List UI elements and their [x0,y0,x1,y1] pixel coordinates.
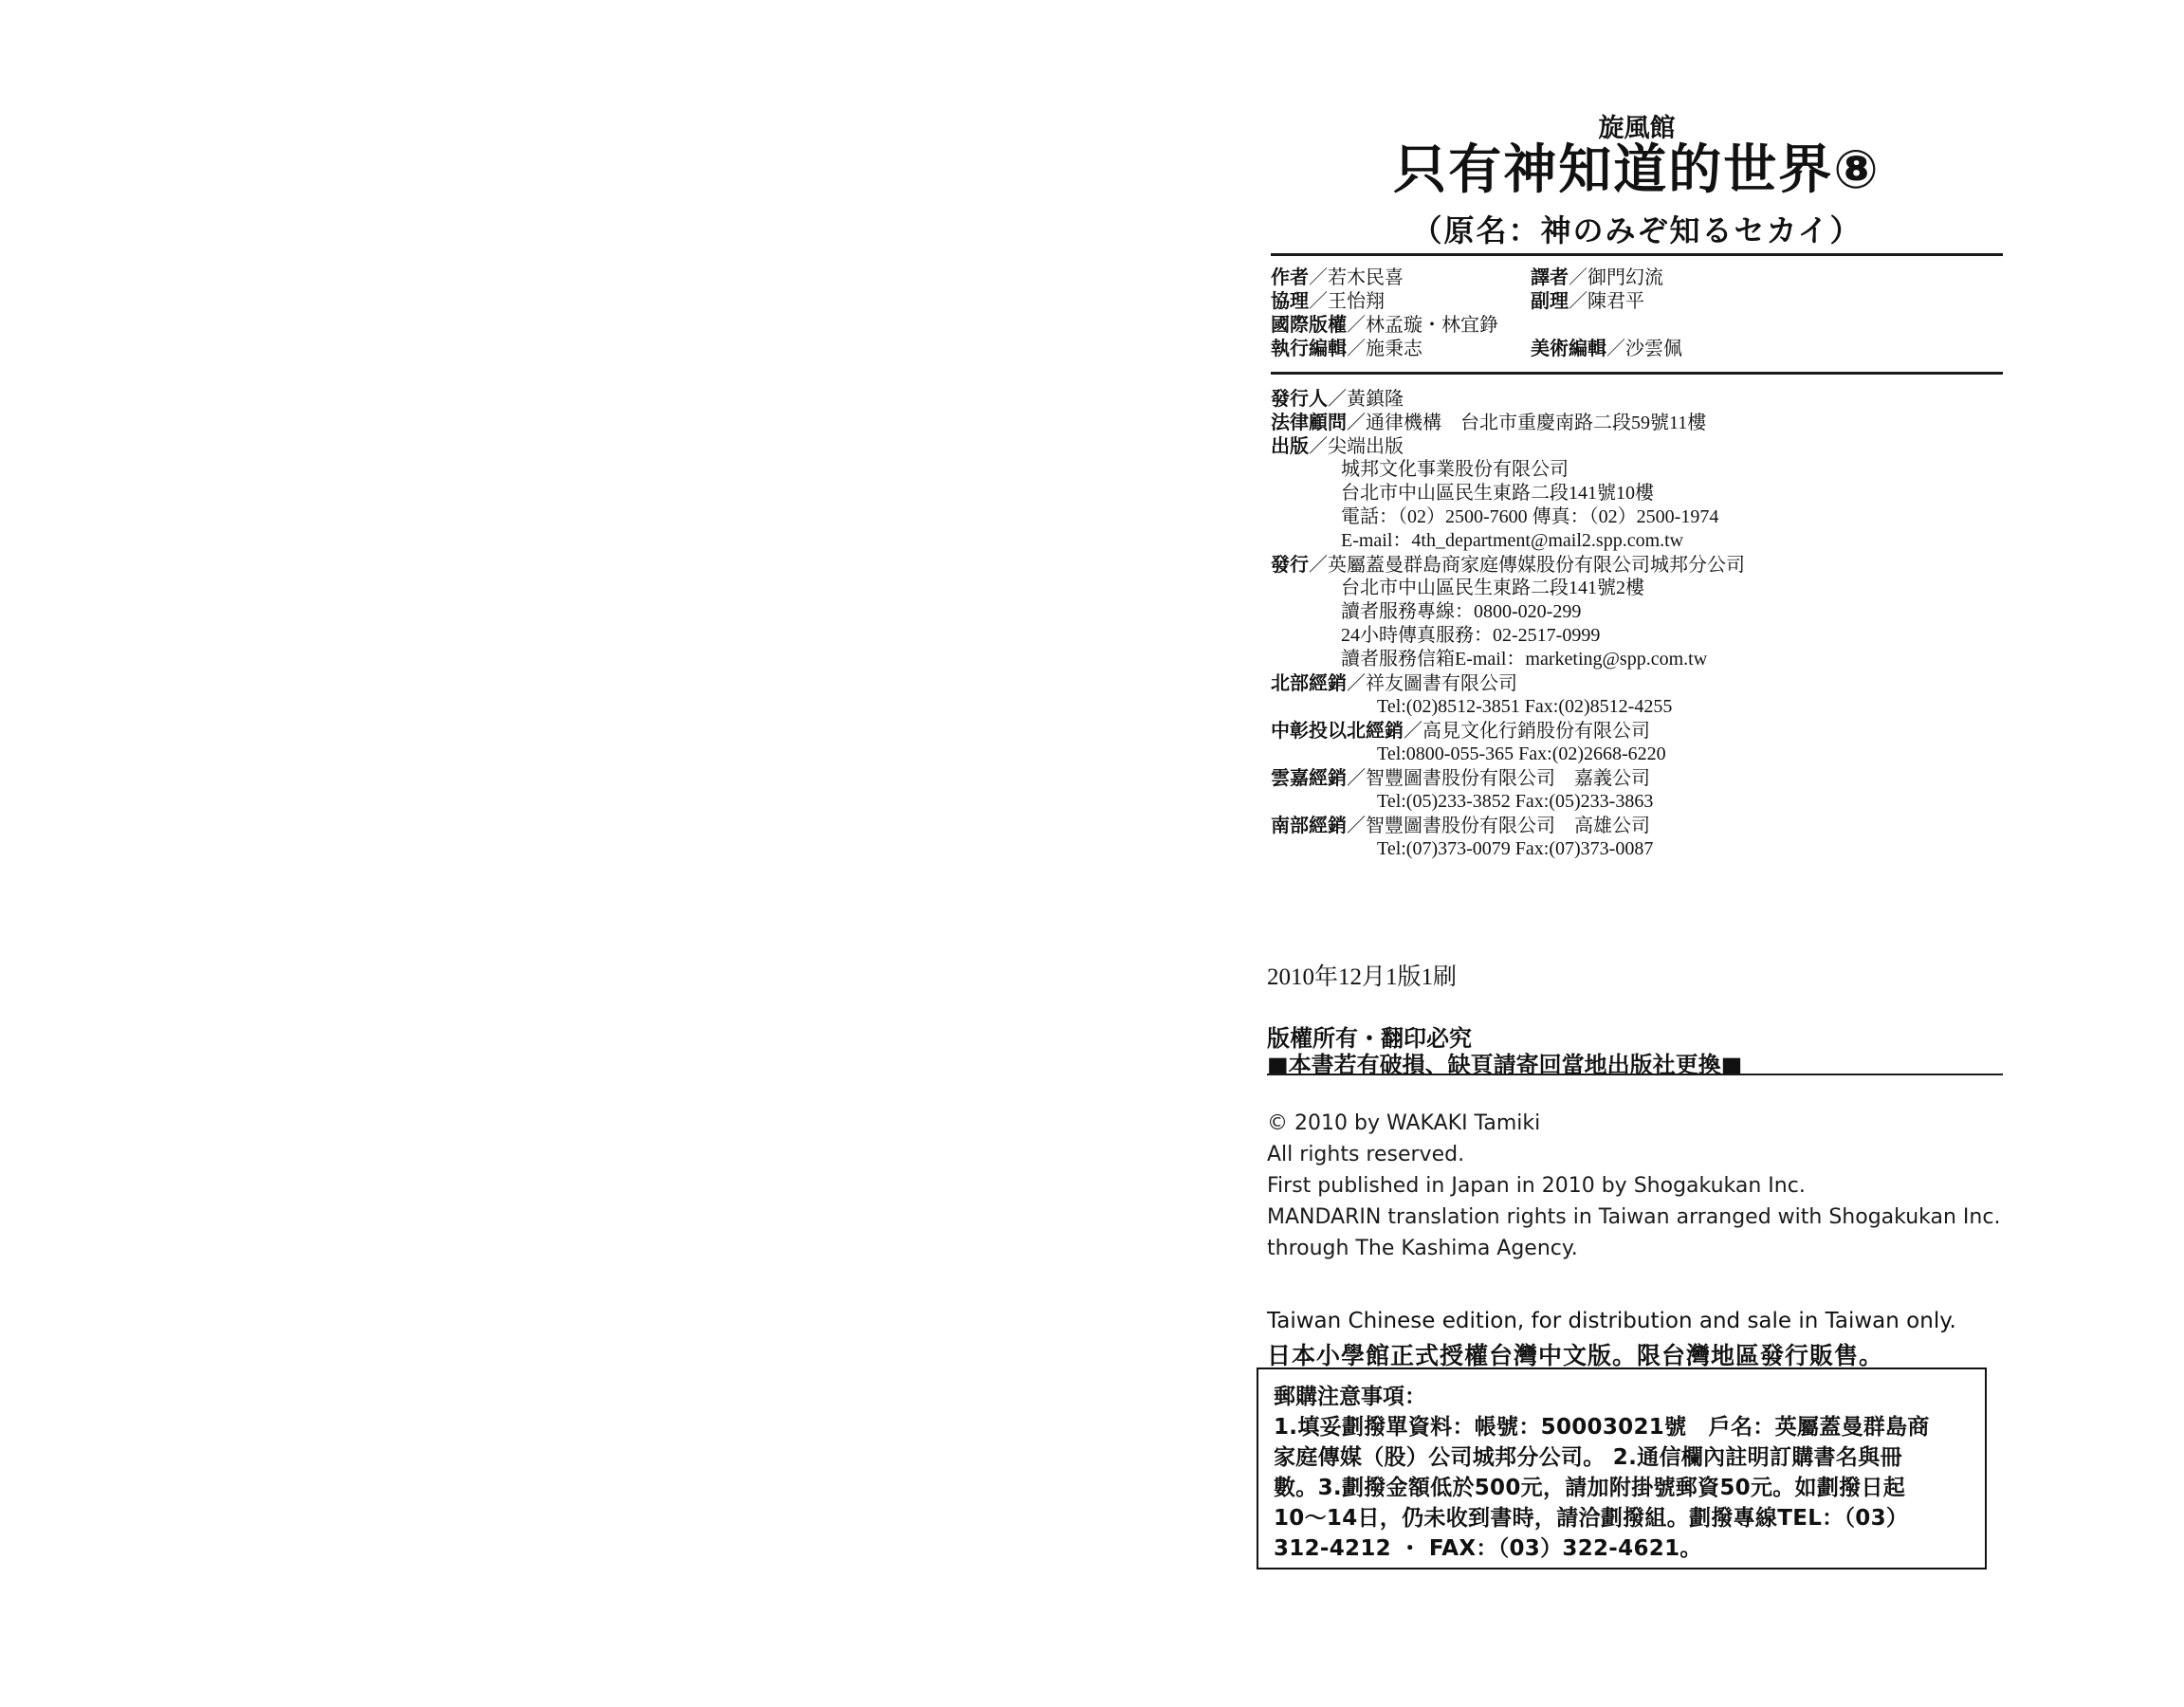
credit-role: 作者 [1271,266,1309,288]
mail-order-line: 數。3.劃撥金額低於500元，請加附掛號郵資50元。如劃撥日起 [1274,1470,1905,1501]
dealer-central-contact: Tel:0800-055-365 Fax:(02)2668-6220 [1377,743,1666,766]
publisher-company: 城邦文化事業股份有限公司 [1341,458,1569,482]
reader-service-hotline: 讀者服務專線：0800-020-299 [1341,600,1581,624]
translation-rights-line: MANDARIN translation rights in Taiwan ar… [1267,1205,2000,1229]
dealer-south-contact: Tel:(07)373-0079 Fax:(07)373-0087 [1377,837,1653,861]
dealer-north: 北部經銷／祥友圖書有限公司 [1271,671,1517,696]
credit-deputy-manager: 副理／陳君平 [1531,289,1644,313]
dealer-north-contact: Tel:(02)8512-3851 Fax:(02)8512-4255 [1377,695,1672,719]
publisher-line: 出版／尖端出版 [1271,434,1404,459]
credit-associate-manager: 協理／王怡翔 [1271,289,1385,313]
issuer-line: 發行人／黃鎮隆 [1271,387,1404,412]
legal-counsel-line: 法律顧問／通律機構 台北市重慶南路二段59號11樓 [1271,411,1706,435]
print-edition-date: 2010年12月1版1刷 [1267,958,1457,992]
book-title: 只有神知道的世界⑧ [1271,140,2003,201]
all-rights-line: All rights reserved. [1267,1143,1464,1166]
dealer-south: 南部經銷／智豐圖書股份有限公司 高雄公司 [1271,814,1650,838]
distributor-address: 台北市中山區民生東路二段141號2樓 [1341,577,1644,600]
dealer-yunjia: 雲嘉經銷／智豐圖書股份有限公司 嘉義公司 [1271,766,1650,791]
taiwan-edition-chinese: 日本小學館正式授權台灣中文版。限台灣地區發行販售。 [1267,1337,1883,1371]
fax-service: 24小時傳真服務：02-2517-0999 [1341,624,1600,648]
dealer-yunjia-contact: Tel:(05)233-3852 Fax:(05)233-3863 [1377,790,1653,814]
copyright-line: © 2010 by WAKAKI Tamiki [1267,1111,1540,1135]
mail-order-title: 郵購注意事項： [1274,1379,1426,1410]
reader-service-email: 讀者服務信箱E-mail：marketing@spp.com.tw [1341,648,1707,671]
dealer-central: 中彰投以北經銷／高見文化行銷股份有限公司 [1271,719,1650,743]
book-spread: 旋風館 只有神知道的世界⑧ （原名：神のみぞ知るセカイ） 作者／若木民喜 譯者／… [0,0,2184,1707]
taiwan-edition-english: Taiwan Chinese edition, for distribution… [1267,1309,1956,1333]
first-published-line: First published in Japan in 2010 by Shog… [1267,1174,1806,1198]
divider-rule-2 [1271,372,2003,375]
distributor-line: 發行／英屬蓋曼群島商家庭傳媒股份有限公司城邦分公司 [1271,553,1745,578]
publisher-phone-fax: 電話：（02）2500-7600 傳真：（02）2500-1974 [1341,505,1718,529]
agency-line: through The Kashima Agency. [1267,1237,1578,1260]
mail-order-line: 10～14日，仍未收到書時，請洽劃撥組。劃撥專線TEL：（03） [1274,1500,1908,1532]
mail-order-line: 312-4212 ・ FAX：（03）322-4621。 [1274,1531,1702,1562]
credit-name: 若木民喜 [1328,267,1404,288]
divider-rule-3 [1267,1074,2003,1075]
mail-order-line: 家庭傳媒（股）公司城邦分公司。 2.通信欄內註明訂購書名與冊 [1274,1440,1902,1471]
original-title: （原名：神のみぞ知るセカイ） [1271,207,2003,250]
mail-order-line: 1.填妥劃撥單資料：帳號：50003021號 戶名：英屬蓋曼群島商 [1274,1409,1930,1441]
mail-order-notice-box: 郵購注意事項： 1.填妥劃撥單資料：帳號：50003021號 戶名：英屬蓋曼群島… [1257,1367,1987,1569]
credit-international-rights: 國際版權／林孟璇・林宜錚 [1271,313,1498,337]
publisher-email: E-mail：4th_department@mail2.spp.com.tw [1341,529,1683,553]
publisher-address: 台北市中山區民生東路二段141號10樓 [1341,482,1654,505]
divider-rule-1 [1271,253,2003,256]
left-page-blank [0,0,1092,1707]
credit-art-editor: 美術編輯／沙雲佩 [1531,337,1682,360]
credit-author: 作者／若木民喜 [1271,266,1404,289]
credit-executive-editor: 執行編輯／施秉志 [1271,337,1422,360]
credit-translator: 譯者／御門幻流 [1531,266,1663,289]
